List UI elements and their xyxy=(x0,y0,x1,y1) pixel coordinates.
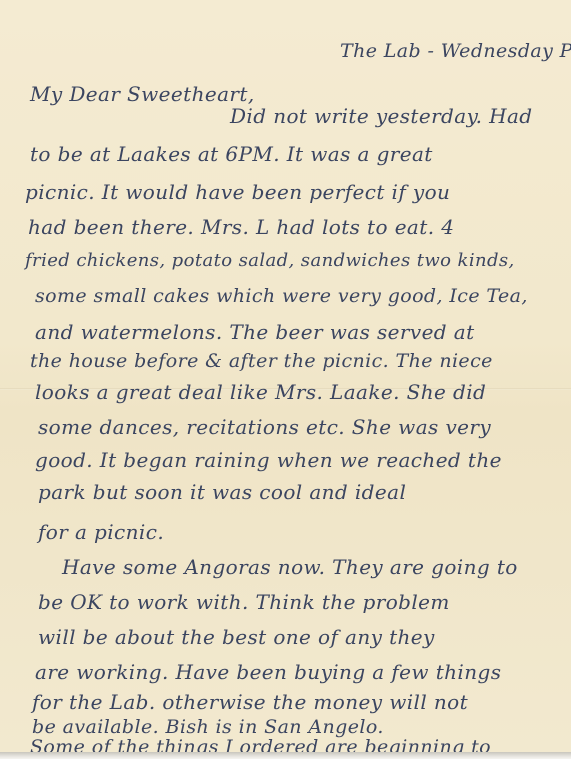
letter-line: will be about the best one of any they xyxy=(38,625,435,649)
letter-line: some small cakes which were very good, I… xyxy=(35,285,528,307)
letter-heading: The Lab - Wednesday PM. xyxy=(340,40,571,62)
letter-line: and watermelons. The beer was served at xyxy=(35,320,475,344)
letter-line: be OK to work with. Think the problem xyxy=(38,590,450,614)
letter-line: are working. Have been buying a few thin… xyxy=(35,660,501,684)
letter-line: Have some Angoras now. They are going to xyxy=(62,555,518,579)
page-bottom-edge xyxy=(0,752,571,759)
letter-line: for the Lab. otherwise the money will no… xyxy=(32,690,468,714)
letter-line: Some of the things I ordered are beginni… xyxy=(30,738,491,752)
letter-line: park but soon it was cool and ideal xyxy=(38,480,406,504)
letter-line: Did not write yesterday. Had xyxy=(230,104,533,128)
letter-line: picnic. It would have been perfect if yo… xyxy=(25,180,450,204)
letter-line: fried chickens, potato salad, sandwiches… xyxy=(25,250,515,271)
letter-line: to be at Laakes at 6PM. It was a great xyxy=(30,142,433,166)
letter-line: the house before & after the picnic. The… xyxy=(30,350,493,372)
letter-line: be available. Bish is in San Angelo. xyxy=(32,716,384,738)
letter-salutation: My Dear Sweetheart, xyxy=(30,82,255,106)
letter-line: good. It began raining when we reached t… xyxy=(35,448,502,472)
letter-line: some dances, recitations etc. She was ve… xyxy=(38,415,491,439)
letter-line: had been there. Mrs. L had lots to eat. … xyxy=(28,215,454,239)
letter-page: The Lab - Wednesday PM. My Dear Sweethea… xyxy=(0,0,571,752)
letter-line: looks a great deal like Mrs. Laake. She … xyxy=(35,380,486,404)
letter-line: for a picnic. xyxy=(38,520,164,544)
